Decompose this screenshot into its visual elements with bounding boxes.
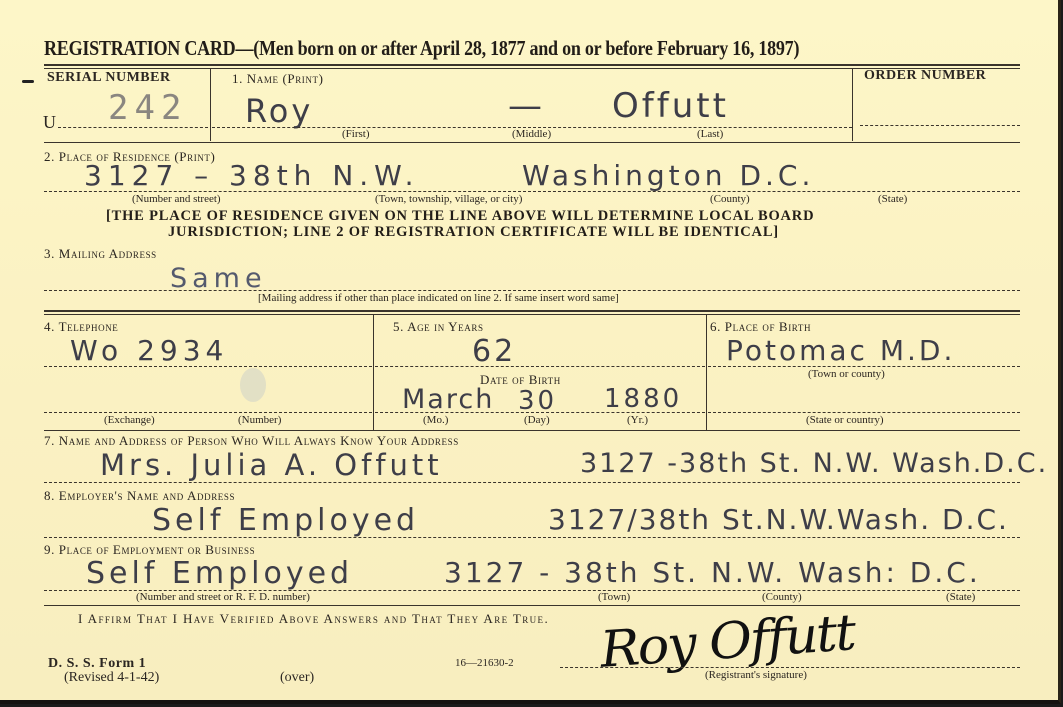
age-birthplace-divider xyxy=(706,315,707,431)
over-note: (over) xyxy=(280,670,314,686)
mailing-line xyxy=(44,290,1020,291)
birthplace-line-1 xyxy=(708,366,1020,367)
first-name-value[interactable]: Roy xyxy=(245,92,313,130)
employment-caption-county: (County) xyxy=(762,591,802,603)
contact-person-label: 7. Name and Address of Person Who Will A… xyxy=(44,433,459,449)
telephone-caption-number: (Number) xyxy=(238,414,281,426)
jurisdiction-notice-line1: [THE PLACE OF RESIDENCE GIVEN ON THE LIN… xyxy=(106,208,814,225)
mailing-address-label: 3. Mailing Address xyxy=(44,246,157,262)
birthplace-caption-state: (State or country) xyxy=(806,414,884,426)
employer-name-value[interactable]: Self Employed xyxy=(152,503,419,538)
contact-person-address-value[interactable]: 3127 -38th St. N.W. Wash.D.C. xyxy=(580,448,1048,479)
row6-rule xyxy=(44,430,1020,431)
order-number-line[interactable] xyxy=(860,125,1020,126)
residence-caption-town: (Town, township, village, or city) xyxy=(375,193,522,205)
telephone-line-1 xyxy=(44,366,372,367)
last-caption: (Last) xyxy=(697,128,723,140)
residence-city-value[interactable]: Washington D.C. xyxy=(522,159,814,192)
row3-rule-2 xyxy=(44,314,1020,315)
birthplace-caption-town: (Town or county) xyxy=(808,368,885,380)
birthplace-label: 6. Place of Birth xyxy=(710,319,811,335)
dob-line xyxy=(375,412,705,413)
dob-caption-month: (Mo.) xyxy=(423,414,448,426)
telephone-label: 4. Telephone xyxy=(44,319,118,335)
residence-caption-county: (County) xyxy=(710,193,750,205)
residence-street-value[interactable]: 3127 – 38th N.W. xyxy=(84,159,420,192)
telephone-caption-exchange: (Exchange) xyxy=(104,414,155,426)
margin-mark xyxy=(22,80,34,83)
employment-caption-street: (Number and street or R. F. D. number) xyxy=(136,591,310,603)
serial-prefix: U xyxy=(43,112,56,133)
phone-age-divider xyxy=(373,315,374,431)
order-divider xyxy=(852,68,853,141)
print-code: 16—21630-2 xyxy=(455,657,514,669)
mailing-caption: [Mailing address if other than place ind… xyxy=(258,292,619,304)
residence-caption-street: (Number and street) xyxy=(132,193,221,205)
middle-caption: (Middle) xyxy=(512,128,551,140)
birth-month-value[interactable]: March xyxy=(402,384,494,415)
card-title: REGISTRATION CARD—(Men born on or after … xyxy=(44,36,799,61)
row3-rule xyxy=(44,310,1020,312)
affirmation-text: I Affirm That I Have Verified Above Answ… xyxy=(78,611,549,627)
employer-label: 8. Employer's Name and Address xyxy=(44,488,235,504)
contact-person-name-value[interactable]: Mrs. Julia A. Offutt xyxy=(100,448,443,482)
birthplace-town-value[interactable]: Potomac M.D. xyxy=(726,334,955,367)
employer-address-value[interactable]: 3127/38th St.N.W.Wash. D.C. xyxy=(548,503,1009,536)
age-label: 5. Age in Years xyxy=(393,319,484,335)
ink-smudge xyxy=(240,368,266,402)
age-value[interactable]: 62 xyxy=(472,334,516,369)
residence-caption-state: (State) xyxy=(878,193,907,205)
residence-line xyxy=(44,191,1020,192)
row1-rule xyxy=(44,142,1020,143)
row9-rule xyxy=(44,605,1020,606)
signature-line xyxy=(560,667,1020,668)
dob-caption-year: (Yr.) xyxy=(627,414,648,426)
registration-card: REGISTRATION CARD—(Men born on or after … xyxy=(0,0,1061,704)
employment-place-address-value[interactable]: 3127 - 38th St. N.W. Wash: D.C. xyxy=(444,556,981,589)
employment-caption-state: (State) xyxy=(946,591,975,603)
contact-line xyxy=(44,482,1020,483)
form-revised: (Revised 4-1-42) xyxy=(64,670,159,686)
employment-caption-town: (Town) xyxy=(598,591,630,603)
name-label: 1. Name (Print) xyxy=(232,71,324,87)
employment-place-name-value[interactable]: Self Employed xyxy=(86,556,353,591)
serial-number-label: SERIAL NUMBER xyxy=(47,70,171,86)
order-number-label: ORDER NUMBER xyxy=(864,68,986,84)
dob-caption-day: (Day) xyxy=(524,414,550,426)
employer-line xyxy=(44,537,1020,538)
age-line xyxy=(375,366,705,367)
telephone-value[interactable]: Wo 2934 xyxy=(70,334,228,367)
telephone-line-2 xyxy=(44,412,372,413)
serial-divider xyxy=(210,68,211,141)
signature-caption: (Registrant's signature) xyxy=(705,669,807,681)
serial-number-value[interactable]: 242 xyxy=(108,88,187,128)
middle-name-value[interactable]: — xyxy=(508,86,545,126)
first-caption: (First) xyxy=(342,128,370,140)
birth-year-value[interactable]: 1880 xyxy=(604,384,682,414)
birthplace-line-2[interactable] xyxy=(708,412,1020,413)
last-name-value[interactable]: Offutt xyxy=(612,86,729,126)
title-rule xyxy=(44,64,1020,66)
jurisdiction-notice-line2: JURISDICTION; LINE 2 OF REGISTRATION CER… xyxy=(168,224,779,241)
